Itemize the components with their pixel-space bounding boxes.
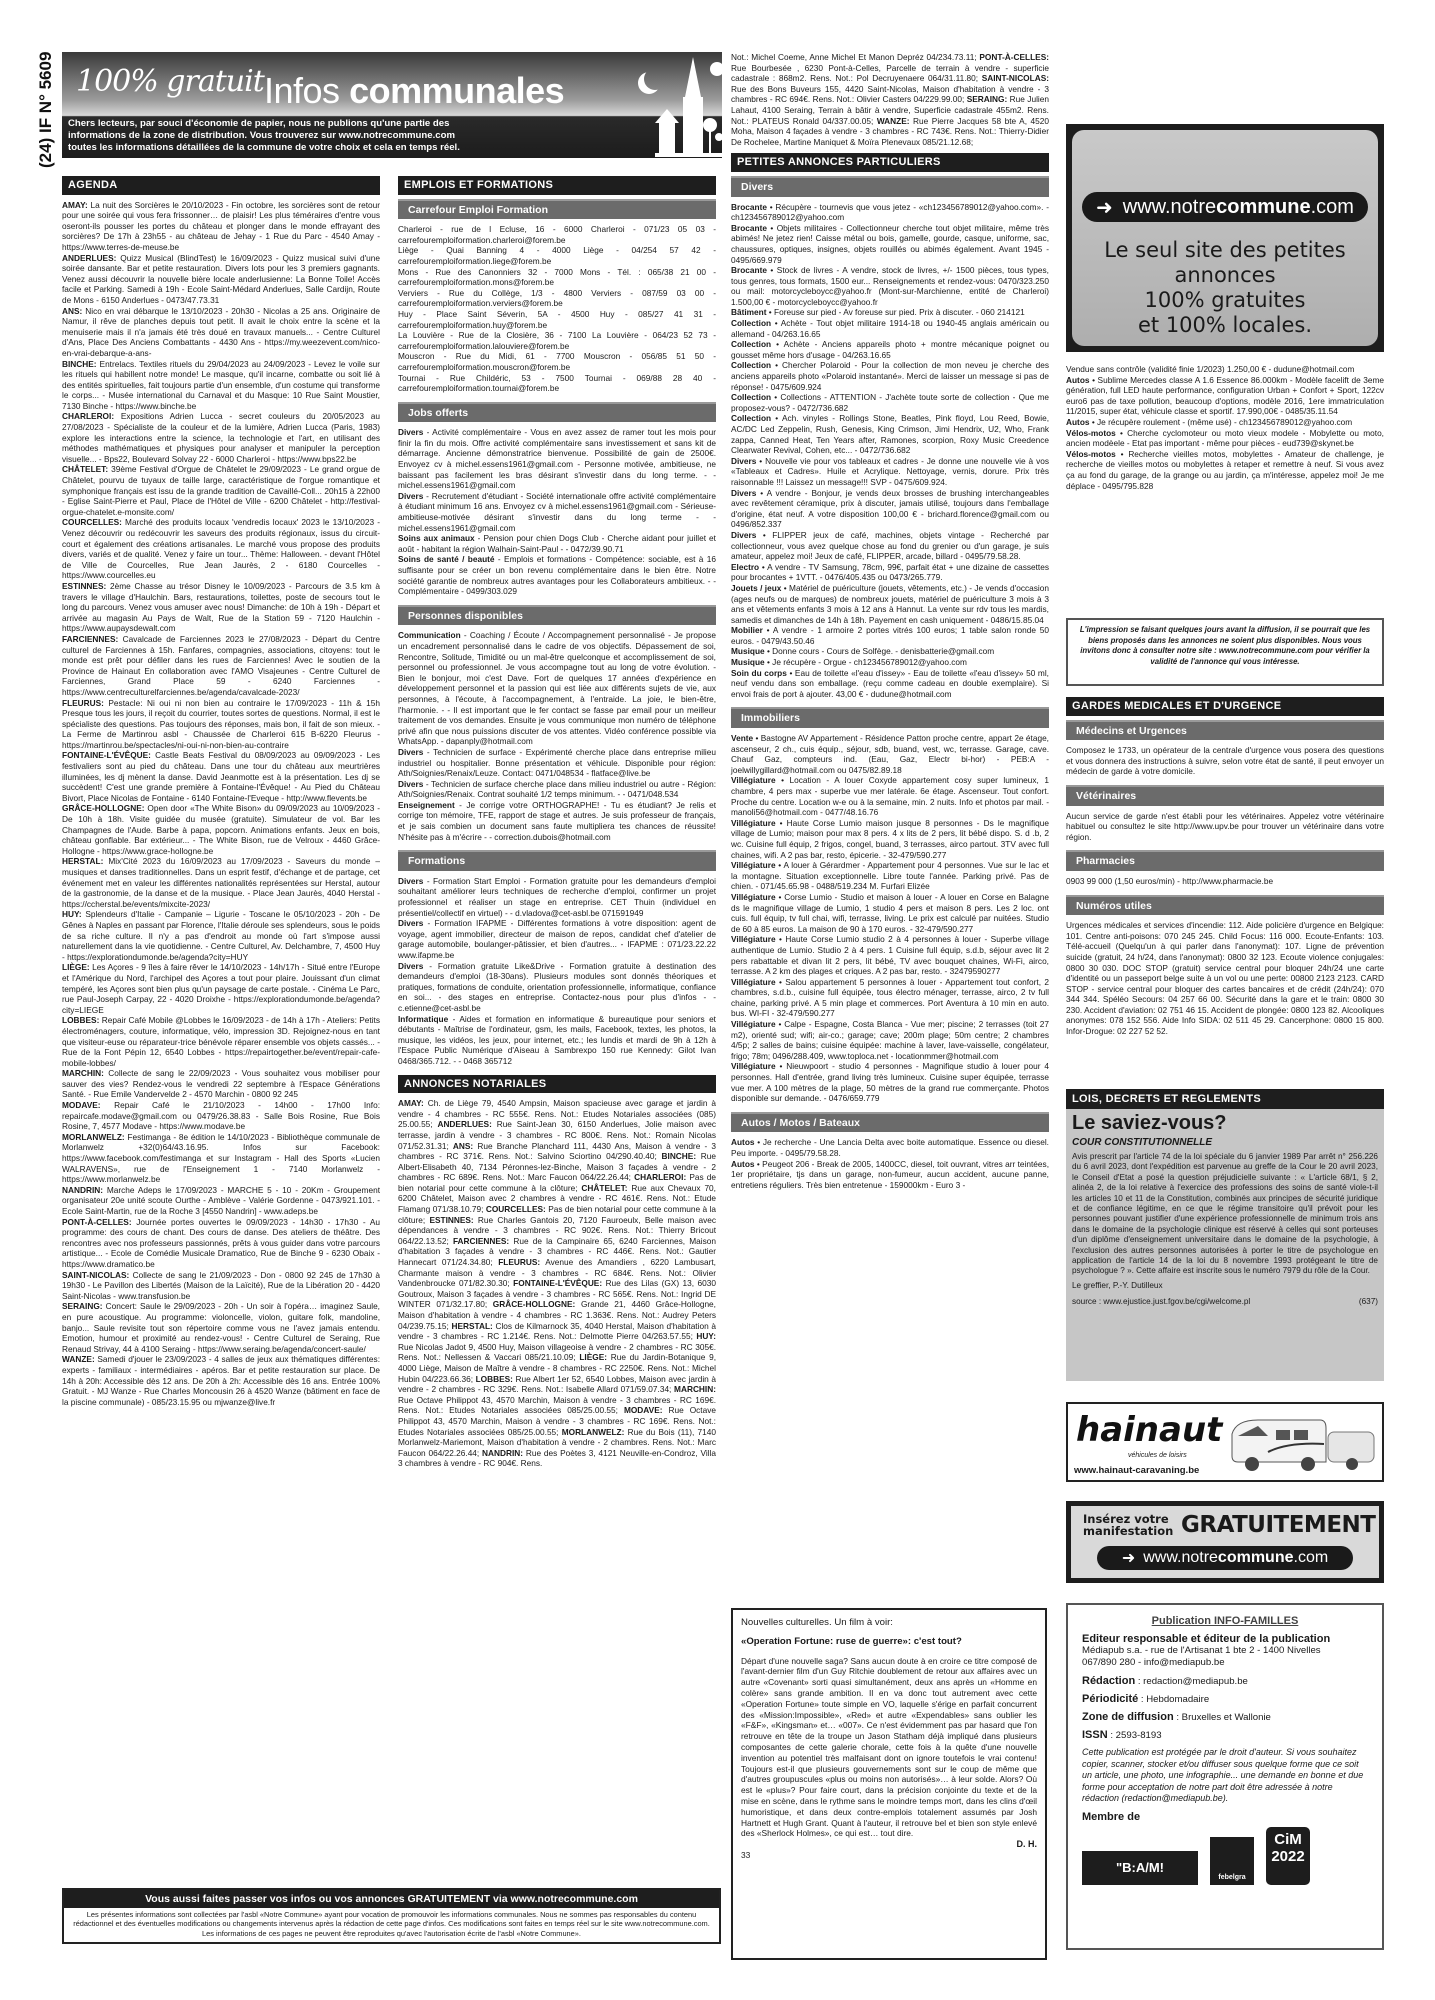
culture-body: Départ d'une nouvelle saga? Sans aucun d… bbox=[741, 1656, 1037, 1840]
lois-title: Le saviez-vous? bbox=[1066, 1109, 1384, 1135]
gardes-column: GARDES MEDICALES ET D'URGENCE Médecins e… bbox=[1066, 697, 1384, 1041]
lois-text: Avis prescrit par l'article 74 de la loi… bbox=[1066, 1150, 1384, 1279]
notarial-city: CHÂTELET: bbox=[581, 1183, 627, 1193]
formation-item: Divers - Formation gratuite Like&Drive -… bbox=[398, 961, 716, 1014]
availability-notice: L'impression se faisant quelques jours a… bbox=[1066, 618, 1384, 686]
agenda-list: AMAY: La nuit des Sorcières le 20/10/202… bbox=[62, 195, 380, 1412]
footer-text: Les présentes informations sont collecté… bbox=[64, 1908, 719, 1940]
agenda-item: WANZE: Samedi d'jouer le 23/09/2023 - 4 … bbox=[62, 1354, 380, 1407]
agenda-item: FLEURUS: Pestacle: Ni oui ni non bien au… bbox=[62, 698, 380, 751]
notarial-city: FONTAINE-L'ÉVÊQUE: bbox=[513, 1278, 602, 1288]
notaires-list: AMAY: Ch. de Liège 79, 4540 Ampsin, Mais… bbox=[398, 1093, 716, 1473]
notrecommune-link-2[interactable]: ➜www.notrecommune.com bbox=[1097, 1546, 1353, 1570]
autos-continued: Vendue sans contrôle (validité finie 1/2… bbox=[1066, 364, 1384, 491]
agenda-item: MARCHIN: Collecte de sang le 22/09/2023 … bbox=[62, 1068, 380, 1100]
carrefour-list: Charleroi - rue de l Ecluse, 16 - 6000 C… bbox=[398, 219, 716, 398]
divers-item: Collection • Ach. vinyles - Rollings Sto… bbox=[731, 413, 1049, 455]
auto-item: Autos • Je recherche - Une Lancia Delta … bbox=[731, 1137, 1049, 1158]
carrefour-item: Liège - Quai Banning 4 - 4000 Liège - 04… bbox=[398, 245, 716, 266]
agenda-item-key: LIÈGE: bbox=[62, 962, 90, 972]
agenda-item: PONT-À-CELLES: Journée portes ouvertes l… bbox=[62, 1217, 380, 1270]
immo-item: Villégiature • Salou appartement 5 perso… bbox=[731, 977, 1049, 1019]
divers-item-key: Brocante bbox=[731, 223, 767, 233]
notaires-header: ANNONCES NOTARIALES bbox=[398, 1075, 716, 1094]
publication-title: Publication INFO-FAMILLES bbox=[1082, 1615, 1368, 1627]
hainaut-logo: hainaut bbox=[1076, 1410, 1222, 1450]
agenda-item-key: AMAY: bbox=[62, 200, 88, 210]
divers-item-key: Collection bbox=[731, 413, 771, 423]
agenda-item: LOBBES: Repair Café Mobile @Lobbes le 16… bbox=[62, 1015, 380, 1068]
formation-item-key: Divers bbox=[398, 961, 423, 971]
culture-number: 33 bbox=[741, 1850, 1037, 1861]
divers-item-key: Mobilier bbox=[731, 625, 763, 635]
immobiliers-header: Immobiliers bbox=[731, 707, 1049, 728]
agenda-item-key: ANS: bbox=[62, 306, 82, 316]
notarial-city: COURCELLES: bbox=[486, 1204, 546, 1214]
immo-item-key: Vente bbox=[731, 733, 753, 743]
agenda-item: COURCELLES: Marché des produits locaux '… bbox=[62, 517, 380, 581]
job-item-key: Soins aux animaux bbox=[398, 533, 475, 543]
agenda-item: HUY: Splendeurs d'Italie - Campanie – Li… bbox=[62, 909, 380, 962]
job-item: Soins aux animaux - Pension pour chien D… bbox=[398, 533, 716, 554]
redaction-row: Rédaction : redaction@mediapub.be bbox=[1082, 1675, 1368, 1687]
agenda-item-key: WANZE: bbox=[62, 1354, 95, 1364]
periodicite-row: Périodicité : Hebdomadaire bbox=[1082, 1693, 1368, 1705]
carrefour-item: Verviers - Rue du Collège, 1/3 - 4800 Ve… bbox=[398, 288, 716, 309]
agenda-item: FONTAINE-L'ÉVÊQUE: Castle Beats Festival… bbox=[62, 750, 380, 803]
notarial-city: AMAY: bbox=[398, 1098, 424, 1108]
agenda-column: AGENDA AMAY: La nuit des Sorcières le 20… bbox=[62, 176, 380, 1411]
divers-item-key: Collection bbox=[731, 318, 771, 328]
immo-item-key: Villégiature bbox=[731, 818, 776, 828]
divers-item-key: Brocante bbox=[731, 202, 767, 212]
banner-intro: Chers lecteurs, par souci d'économie de … bbox=[68, 118, 468, 154]
emplois-column: EMPLOIS ET FORMATIONS Carrefour Emploi F… bbox=[398, 176, 716, 1473]
divers-list: Brocante • Récupère - tournevis que vous… bbox=[731, 197, 1049, 704]
header-banner: 100% gratuit Infos communales Chers lect… bbox=[62, 52, 722, 158]
auto-item-key: Autos bbox=[731, 1159, 755, 1169]
notarial-city: WANZE: bbox=[877, 116, 910, 126]
agenda-item: GRÂCE-HOLLOGNE: Open door «The White Bis… bbox=[62, 803, 380, 856]
gardes-subheader: Pharmacies bbox=[1066, 850, 1384, 871]
agenda-item: SERAING: Concert: Saule le 29/09/2023 - … bbox=[62, 1301, 380, 1354]
auto-item: Vendue sans contrôle (validité finie 1/2… bbox=[1066, 364, 1384, 375]
divers-item: Divers • FLIPPER jeux de café, machines,… bbox=[731, 530, 1049, 562]
personne-item-key: Enseignement bbox=[398, 800, 455, 810]
immobiliers-list: Vente • Bastogne AV Appartement - Réside… bbox=[731, 728, 1049, 1108]
auto-item-key: Autos bbox=[1066, 417, 1090, 427]
ad-slogan: Le seul site des petitesannonces100% gra… bbox=[1072, 238, 1378, 338]
agenda-item-key: COURCELLES: bbox=[62, 517, 122, 527]
formations-list: Divers - Formation Start Emploi - Format… bbox=[398, 871, 716, 1071]
notaires-continued: Not.: Michel Coeme, Anne Michel Et Manon… bbox=[731, 52, 1049, 153]
divers-item: Collection • Achète - Anciens appareils … bbox=[731, 339, 1049, 360]
agenda-item-key: FLEURUS: bbox=[62, 698, 104, 708]
cim-logo: CiM2022 bbox=[1266, 1827, 1310, 1885]
personne-item-key: Communication bbox=[398, 630, 461, 640]
personnes-header: Personnes disponibles bbox=[398, 605, 716, 626]
autos-header: Autos / Motos / Bateaux bbox=[731, 1112, 1049, 1133]
immo-item-key: Villégiature bbox=[731, 1061, 776, 1071]
immo-item: Vente • Bastogne AV Appartement - Réside… bbox=[731, 733, 1049, 775]
notrecommune-ad[interactable]: ➜www.notrecommune.com Le seul site des p… bbox=[1066, 124, 1384, 352]
agenda-item-key: CHARLEROI: bbox=[62, 411, 114, 421]
agenda-item: NANDRIN: Marche Adeps le 17/09/2023 - MA… bbox=[62, 1185, 380, 1217]
immo-item: Villégiature • Corse Lumio - Studio et m… bbox=[731, 892, 1049, 934]
arrow-right-icon: ➜ bbox=[1122, 1548, 1135, 1568]
notarial-city: ESTINNES: bbox=[429, 1215, 473, 1225]
immo-item-key: Villégiature bbox=[731, 934, 776, 944]
notarial-city: SERAING: bbox=[967, 94, 1008, 104]
agenda-item-key: BINCHE: bbox=[62, 359, 97, 369]
divers-item: Brocante • Objets militaires - Collectio… bbox=[731, 223, 1049, 265]
lois-greffier: Le greffier, P.-Y. Dutilleux bbox=[1066, 1279, 1384, 1293]
carrefour-header: Carrefour Emploi Formation bbox=[398, 199, 716, 220]
immo-item: Villégiature • A louer à Gérardmer - App… bbox=[731, 860, 1049, 892]
agenda-item-key: MODAVE: bbox=[62, 1100, 101, 1110]
agenda-item-key: MORLANWELZ: bbox=[62, 1132, 125, 1142]
immo-item: Villégiature • Location - A louer Coxyde… bbox=[731, 775, 1049, 817]
notarial-text: AMAY: Ch. de Liège 79, 4540 Ampsin, Mais… bbox=[398, 1098, 716, 1469]
camper-van-icon bbox=[1228, 1414, 1378, 1474]
immo-item: Villégiature • Haute Corse Lumio maison … bbox=[731, 818, 1049, 860]
divers-item-key: Musique bbox=[731, 646, 765, 656]
ad-insert-label: Insérez votremanifestation bbox=[1083, 1513, 1173, 1537]
immo-item: Villégiature • Nieuwpoort - studio 4 per… bbox=[731, 1061, 1049, 1103]
notarial-city: NANDRIN: bbox=[482, 1448, 523, 1458]
gratuitement-ad[interactable]: Insérez votremanifestation GRATUITEMENT … bbox=[1066, 1501, 1384, 1583]
carrefour-item: Tournai - Rue Childéric, 53 - 7500 Tourn… bbox=[398, 373, 716, 394]
gardes-text: Aucun service de garde n'est établi pour… bbox=[1066, 806, 1384, 847]
gardes-text: Urgences médicales et services d'incendi… bbox=[1066, 915, 1384, 1041]
personne-item-key: Divers bbox=[398, 779, 423, 789]
zone-row: Zone de diffusion : Bruxelles et Walloni… bbox=[1082, 1711, 1368, 1723]
culture-box: Nouvelles culturelles. Un film à voir: «… bbox=[731, 1608, 1047, 1960]
editor-address: Médiapub s.a. - rue de l'Artisanat 1 bte… bbox=[1082, 1645, 1368, 1657]
auto-item-key: Autos bbox=[731, 1137, 755, 1147]
personne-item-key: Divers bbox=[398, 747, 423, 757]
annonces-column: Not.: Michel Coeme, Anne Michel Et Manon… bbox=[731, 52, 1049, 1194]
divers-item-key: Soin du corps bbox=[731, 668, 787, 678]
agenda-item: CHARLEROI: Expositions Adrien Lucca - se… bbox=[62, 411, 380, 464]
divers-item-key: Collection bbox=[731, 339, 771, 349]
agenda-item-key: ESTINNES: bbox=[62, 581, 106, 591]
job-item: Divers - Activité complémentaire - Vous … bbox=[398, 427, 716, 491]
village-church-icon bbox=[655, 57, 722, 157]
culture-signature: D. H. bbox=[741, 1839, 1037, 1850]
agenda-item: AMAY: La nuit des Sorcières le 20/10/202… bbox=[62, 200, 380, 253]
arrow-right-icon: ➜ bbox=[1096, 195, 1113, 220]
editor-contact: 067/890 280 - info@mediapub.be bbox=[1082, 1657, 1368, 1669]
notarial-city: ANS: bbox=[453, 1141, 473, 1151]
immo-item: Villégiature • Haute Corse Lumio studio … bbox=[731, 934, 1049, 976]
agenda-item: FARCIENNES: Cavalcade de Farciennes 2023… bbox=[62, 634, 380, 698]
immo-item-key: Villégiature bbox=[731, 775, 776, 785]
divers-item: Musique • Donne cours - Cours de Solfège… bbox=[731, 646, 1049, 657]
notarial-city: HERSTAL: bbox=[451, 1321, 492, 1331]
agenda-item: MODAVE: Repair Café le 21/10/2023 - 14h0… bbox=[62, 1100, 380, 1132]
issn-row: ISSN : 2593-8193 bbox=[1082, 1729, 1368, 1741]
agenda-item-key: SAINT-NICOLAS: bbox=[62, 1270, 129, 1280]
job-item-key: Soins de santé / beauté bbox=[398, 554, 495, 564]
agenda-item: ANS: Nico en vrai débarque le 13/10/2023… bbox=[62, 306, 380, 359]
lois-source-link[interactable]: source : www.ejustice.just.fgov.be/cgi/w… bbox=[1072, 1297, 1250, 1306]
publication-info-box: Publication INFO-FAMILLES Editeur respon… bbox=[1066, 1603, 1384, 1950]
divers-item: Brocante • Stock de livres - A vendre, s… bbox=[731, 265, 1049, 307]
agenda-item: ANDERLUES: Quizz Musical (BlindTest) le … bbox=[62, 253, 380, 306]
notarial-city: MODAVE: bbox=[624, 1405, 663, 1415]
agenda-item-key: ANDERLUES: bbox=[62, 253, 116, 263]
notarial-city: GRÂCE-HOLLOGNE: bbox=[493, 1299, 576, 1309]
divers-item: Soin du corps • Eau de toilette «l'eau d… bbox=[731, 668, 1049, 700]
divers-header: Divers bbox=[731, 176, 1049, 197]
notarial-city: PONT-À-CELLES: bbox=[979, 52, 1049, 62]
gratuit-script: 100% gratuit bbox=[76, 64, 264, 99]
petites-annonces-header: PETITES ANNONCES PARTICULIERS bbox=[731, 153, 1049, 172]
ad-gratuitement: GRATUITEMENT bbox=[1181, 1512, 1375, 1538]
divers-item-key: Jouets / jeux bbox=[731, 583, 781, 593]
member-logos: "B:A/M! febelgra CiM2022 bbox=[1082, 1827, 1368, 1885]
agenda-item-key: FONTAINE-L'ÉVÊQUE: bbox=[62, 750, 151, 760]
agenda-item: LIÈGE: Les Açores - 9 îles à faire rêver… bbox=[62, 962, 380, 1015]
personne-item: Enseignement - Je corrige votre ORTHOGRA… bbox=[398, 800, 716, 842]
personne-item: Divers - Technicien de surface - Expérim… bbox=[398, 747, 716, 779]
page-title: Infos communales bbox=[264, 70, 564, 112]
agenda-item: BINCHE: Entrelacs. Textiles rituels du 2… bbox=[62, 359, 380, 412]
agenda-item-key: NANDRIN: bbox=[62, 1185, 103, 1195]
notarial-text: Not.: Michel Coeme, Anne Michel Et Manon… bbox=[731, 52, 1049, 147]
agenda-header: AGENDA bbox=[62, 176, 380, 195]
agenda-item: HERSTAL: Mix'Cité 2023 du 16/09/2023 au … bbox=[62, 856, 380, 909]
notarial-city: LIÈGE: bbox=[579, 1352, 607, 1362]
auto-item-key: Autos bbox=[1066, 375, 1090, 385]
carrefour-item: Charleroi - rue de l Ecluse, 16 - 6000 C… bbox=[398, 224, 716, 245]
culture-intro: Nouvelles culturelles. Un film à voir: bbox=[741, 1618, 1037, 1629]
personnes-list: Communication - Coaching / Écoute / Acco… bbox=[398, 625, 716, 846]
emplois-header: EMPLOIS ET FORMATIONS bbox=[398, 176, 716, 195]
notarial-city: ANDERLUES: bbox=[437, 1119, 491, 1129]
divers-item-key: Brocante bbox=[731, 265, 767, 275]
lois-ref: (637) bbox=[1359, 1297, 1378, 1306]
formation-item-key: Divers bbox=[398, 918, 423, 928]
divers-item: Musique • Je récupère - Orgue - ch123456… bbox=[731, 657, 1049, 668]
editor-title: Editeur responsable et éditeur de la pub… bbox=[1082, 1633, 1368, 1645]
jobs-header: Jobs offerts bbox=[398, 402, 716, 423]
notarial-city: BINCHE: bbox=[662, 1151, 697, 1161]
divers-item: Mobilier • A vendre - 1 armoire 2 portes… bbox=[731, 625, 1049, 646]
divers-item: Collection • Collections - ATTENTION - J… bbox=[731, 392, 1049, 413]
auto-item-key: Vélos-motos bbox=[1066, 449, 1116, 459]
divers-item: Collection • Chercher Polaroid - Pour la… bbox=[731, 360, 1049, 392]
divers-item: Bâtiment • Foreuse sur pied - Av foreuse… bbox=[731, 307, 1049, 318]
formation-item: Divers - Formation IFAPME - Différentes … bbox=[398, 918, 716, 960]
notarial-city: CHARLEROI: bbox=[634, 1172, 686, 1182]
agenda-item-key: GRÂCE-HOLLOGNE: bbox=[62, 803, 145, 813]
copyright-notice: Cette publication est protégée par le dr… bbox=[1082, 1747, 1368, 1805]
divers-item: Jouets / jeux • Matériel de puériculture… bbox=[731, 583, 1049, 625]
notrecommune-link[interactable]: ➜www.notrecommune.com bbox=[1082, 192, 1368, 222]
agenda-item: CHÂTELET: 39ème Festival d'Orgue de Chât… bbox=[62, 464, 380, 517]
auto-item-key: Vélos-motos bbox=[1066, 428, 1116, 438]
gardes-subheader: Médecins et Urgences bbox=[1066, 720, 1384, 741]
divers-item-key: Electro bbox=[731, 562, 759, 572]
bam-logo: "B:A/M! bbox=[1082, 1851, 1198, 1885]
footer-box: Vous aussi faites passer vos infos ou vo… bbox=[62, 1888, 721, 1944]
notarial-city: MORLANWELZ: bbox=[562, 1427, 625, 1437]
agenda-item-key: MARCHIN: bbox=[62, 1068, 104, 1078]
divers-item-key: Divers bbox=[731, 456, 756, 466]
formation-item-key: Informatique bbox=[398, 1014, 448, 1024]
auto-item: Autos • Je récupère roulement - (même us… bbox=[1066, 417, 1384, 428]
hainaut-caravaning-ad[interactable]: hainaut véhicules de loisirs www.hainaut… bbox=[1066, 1402, 1384, 1482]
divers-item-key: Divers bbox=[731, 530, 756, 540]
job-item: Divers - Recrutement d'étudiant - Sociét… bbox=[398, 491, 716, 533]
page-issue-number: (24) IF N° 5609 bbox=[36, 48, 56, 168]
agenda-item-key: HERSTAL: bbox=[62, 856, 103, 866]
divers-item-key: Collection bbox=[731, 392, 771, 402]
job-item: Soins de santé / beauté - Emplois et for… bbox=[398, 554, 716, 596]
gardes-subheader: Numéros utiles bbox=[1066, 895, 1384, 916]
immo-item-key: Villégiature bbox=[731, 1019, 776, 1029]
notarial-city: FLEURUS: bbox=[498, 1257, 540, 1267]
agenda-item: SAINT-NICOLAS: Collecte de sang le 21/09… bbox=[62, 1270, 380, 1302]
carrefour-item: Mons - Rue des Canonniers 32 - 7000 Mons… bbox=[398, 267, 716, 288]
autos-list: Autos • Je recherche - Une Lancia Delta … bbox=[731, 1132, 1049, 1194]
immo-item-key: Villégiature bbox=[731, 977, 776, 987]
divers-item: Divers • A vendre - Bonjour, je vends de… bbox=[731, 488, 1049, 530]
agenda-item-key: FARCIENNES: bbox=[62, 634, 118, 644]
agenda-item-key: CHÂTELET: bbox=[62, 464, 108, 474]
immo-item-key: Villégiature bbox=[731, 860, 776, 870]
hainaut-url[interactable]: www.hainaut-caravaning.be bbox=[1074, 1465, 1199, 1476]
culture-title: «Operation Fortune: ruse de guerre»: c'e… bbox=[741, 1637, 1037, 1648]
divers-item-key: Bâtiment bbox=[731, 307, 767, 317]
personne-item: Communication - Coaching / Écoute / Acco… bbox=[398, 630, 716, 747]
membre-label: Membre de bbox=[1082, 1811, 1368, 1823]
hainaut-tagline: véhicules de loisirs bbox=[1128, 1452, 1187, 1459]
footer-title: Vous aussi faites passer vos infos ou vo… bbox=[64, 1890, 719, 1908]
gardes-text: Composez le 1733, un opérateur de la cen… bbox=[1066, 740, 1384, 781]
formation-item: Divers - Formation Start Emploi - Format… bbox=[398, 876, 716, 918]
auto-item: Autos • Peugeot 206 - Break de 2005, 140… bbox=[731, 1159, 1049, 1191]
formation-item: Informatique - Aides et formation en inf… bbox=[398, 1014, 716, 1067]
job-item-key: Divers bbox=[398, 491, 423, 501]
auto-item: Vélos-motos • Recherche vieilles motos, … bbox=[1066, 449, 1384, 491]
job-item-key: Divers bbox=[398, 427, 423, 437]
formations-header: Formations bbox=[398, 850, 716, 871]
notarial-city: LOBBES: bbox=[476, 1374, 513, 1384]
notarial-city: HUY: bbox=[696, 1331, 716, 1341]
immo-item: Villégiature • Calpe - Espagne, Costa Bl… bbox=[731, 1019, 1049, 1061]
febelgra-logo: febelgra bbox=[1210, 1837, 1254, 1885]
gardes-header: GARDES MEDICALES ET D'URGENCE bbox=[1066, 697, 1384, 716]
notarial-city: FARCIENNES: bbox=[453, 1236, 509, 1246]
lois-section: LOIS, DECRETS ET REGLEMENTS Le saviez-vo… bbox=[1066, 1089, 1384, 1381]
carrefour-item: La Louvière - Rue de la Closière, 36 - 7… bbox=[398, 330, 716, 351]
divers-item: Brocante • Récupère - tournevis que vous… bbox=[731, 202, 1049, 223]
gardes-text: 0903 99 000 (1,50 euros/min) - http://ww… bbox=[1066, 871, 1384, 891]
agenda-item: MORLANWELZ: Festimanga - 8e édition le 1… bbox=[62, 1132, 380, 1185]
jobs-list: Divers - Activité complémentaire - Vous … bbox=[398, 422, 716, 601]
auto-item: Vélos-motos • Cherche cyclomoteur ou mot… bbox=[1066, 428, 1384, 449]
divers-item: Electro • A vendre - TV Samsung, 78cm, 9… bbox=[731, 562, 1049, 583]
lois-header: LOIS, DECRETS ET REGLEMENTS bbox=[1066, 1089, 1384, 1109]
agenda-item-key: LOBBES: bbox=[62, 1015, 99, 1025]
gardes-subheader: Vétérinaires bbox=[1066, 785, 1384, 806]
divers-item-key: Collection bbox=[731, 360, 771, 370]
carrefour-item: Huy - Place Saint Séverin, 5A - 4500 Huy… bbox=[398, 309, 716, 330]
formation-item-key: Divers bbox=[398, 876, 423, 886]
divers-item-key: Musique bbox=[731, 657, 765, 667]
notarial-city: SAINT-NICOLAS: bbox=[982, 73, 1049, 83]
agenda-item-key: SERAING: bbox=[62, 1301, 103, 1311]
auto-item: Autos • Sublime Mercedes classe A 1.6 Es… bbox=[1066, 375, 1384, 417]
divers-item: Divers • Nouvelle vie pour vos tableaux … bbox=[731, 456, 1049, 488]
agenda-item: ESTINNES: 2ème Chasse au trésor Disney l… bbox=[62, 581, 380, 634]
personne-item: Divers - Technicien de surface cherche p… bbox=[398, 779, 716, 800]
agenda-item-key: PONT-À-CELLES: bbox=[62, 1217, 132, 1227]
divers-item: Collection • Achète - Tout objet militai… bbox=[731, 318, 1049, 339]
divers-item-key: Divers bbox=[731, 488, 756, 498]
carrefour-item: Mouscron - Rue du Midi, 61 - 7700 Mouscr… bbox=[398, 351, 716, 372]
lois-subtitle: COUR CONSTITUTIONNELLE bbox=[1066, 1135, 1384, 1150]
notarial-city: MARCHIN: bbox=[674, 1384, 716, 1394]
agenda-item-key: HUY: bbox=[62, 909, 82, 919]
immo-item-key: Villégiature bbox=[731, 892, 776, 902]
